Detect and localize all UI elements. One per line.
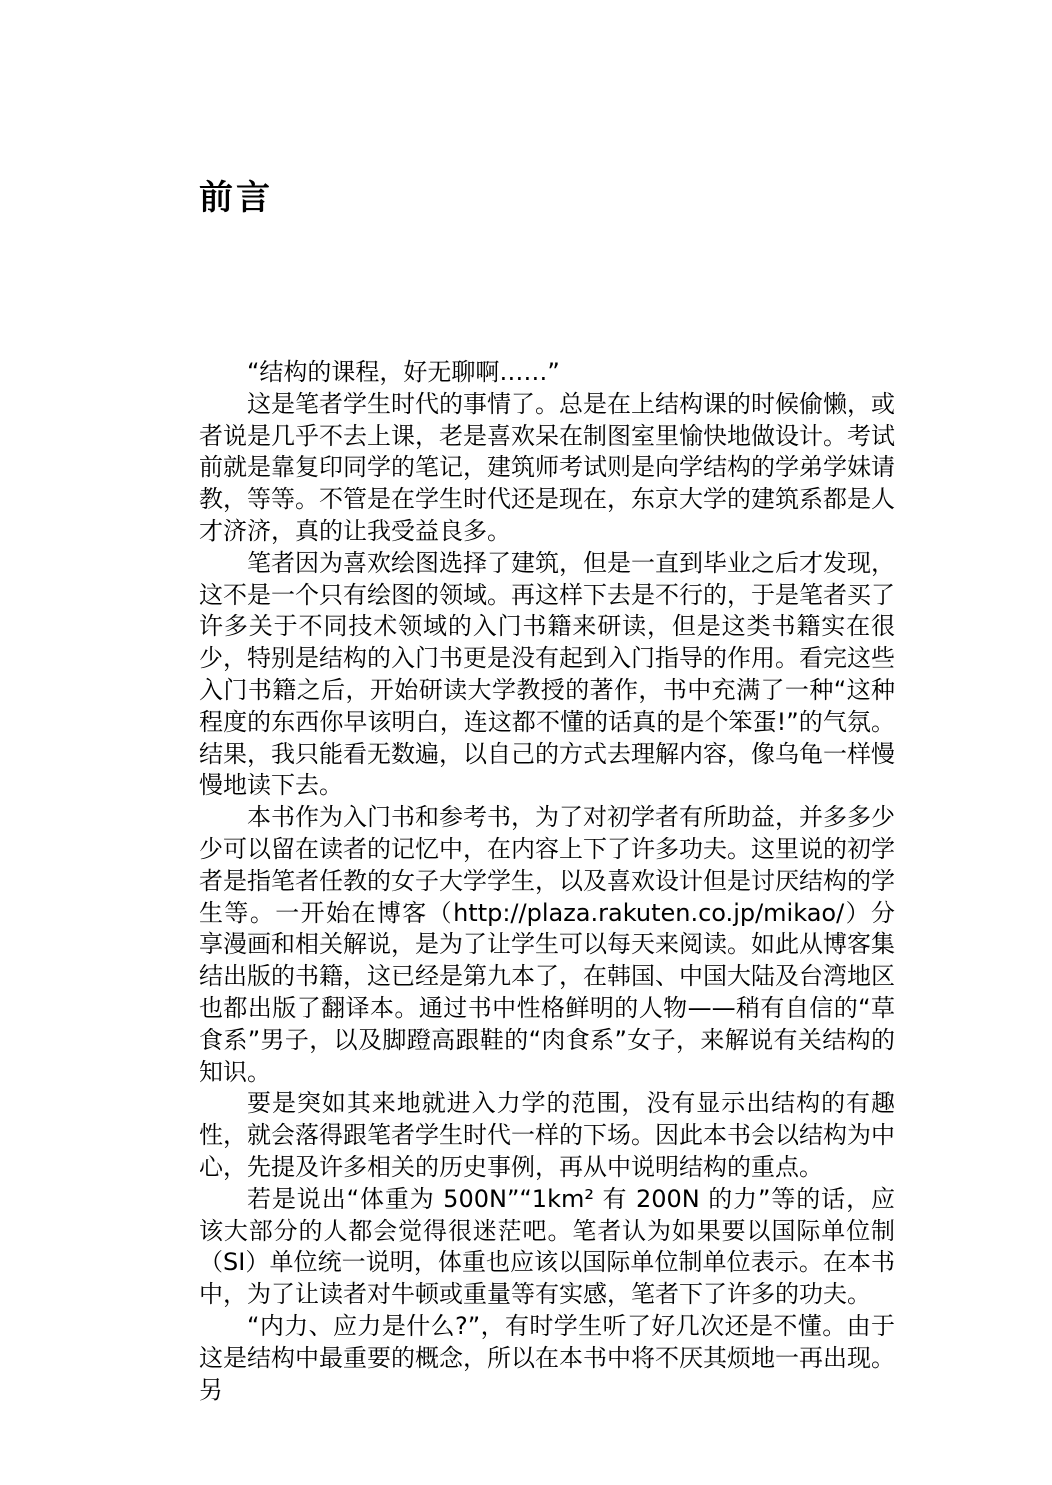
paragraph: 若是说出“体重为 500N”“1km² 有 200N 的力”等的话，应该大部分的… (199, 1184, 895, 1311)
preface-body: “结构的课程，好无聊啊……”这是笔者学生时代的事情了。总是在上结构课的时候偷懒，… (199, 357, 895, 1406)
page-title: 前言 (199, 181, 895, 215)
paragraph: 本书作为入门书和参考书，为了对初学者有所助益，并多多少少可以留在读者的记忆中，在… (199, 802, 895, 1088)
paragraph: 要是突如其来地就进入力学的范围，没有显示出结构的有趣性，就会落得跟笔者学生时代一… (199, 1088, 895, 1183)
paragraph: 这是笔者学生时代的事情了。总是在上结构课的时候偷懒，或者说是几乎不去上课，老是喜… (199, 389, 895, 548)
paragraph: “结构的课程，好无聊啊……” (199, 357, 895, 389)
document-page: 前言 “结构的课程，好无聊啊……”这是笔者学生时代的事情了。总是在上结构课的时候… (199, 181, 895, 1406)
paragraph: 笔者因为喜欢绘图选择了建筑，但是一直到毕业之后才发现，这不是一个只有绘图的领域。… (199, 548, 895, 802)
paragraph: “内力、应力是什么?”，有时学生听了好几次还是不懂。由于这是结构中最重要的概念，… (199, 1311, 895, 1406)
